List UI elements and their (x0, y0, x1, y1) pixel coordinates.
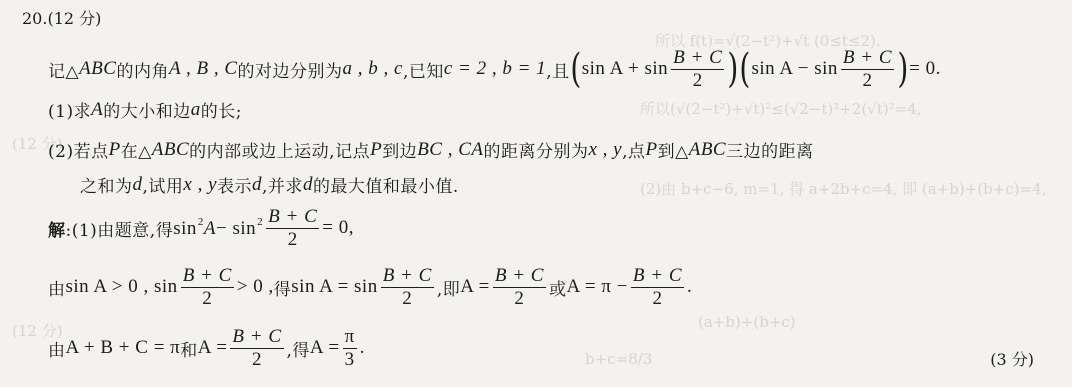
question-text: ,并求 (262, 172, 303, 197)
question-text: 的内部或边上运动,记点 (189, 137, 370, 162)
math-expression: − sin2 (216, 216, 263, 240)
question-text: (2)若点 (48, 137, 109, 162)
bleed-through-text: b+c=8/3 (585, 350, 652, 368)
problem-number: 20.(12 分) (22, 6, 101, 29)
math-expression: − sin (216, 218, 256, 239)
question-text: 到△ (658, 137, 689, 162)
question-1: (1)求 A 的大小和边 a 的长; (48, 97, 242, 122)
bleed-through-text: 所以(√(2−t²)+√t)²≤(√2−t)²+2(√t)²=4, (640, 98, 922, 119)
variable: ABC (152, 139, 189, 161)
bleed-through-text: (a+b)+(b+c) (698, 313, 796, 331)
solution-line-3: 由 A + B + C = π 和 A = B + C 2 ,得 A = π 3… (48, 327, 365, 370)
statement-text: 的对边分别为 (238, 57, 343, 82)
fraction: B + C 2 (493, 266, 546, 309)
solution-label: 解 (48, 216, 66, 241)
document-page: 所以 f(t)=√(2−t²)+√t (0≤t≤2). 所以(√(2−t²)+√… (0, 0, 1072, 387)
question-2: (2)若点 P 在△ ABC 的内部或边上运动,记点 P 到边 BC , CA … (48, 137, 814, 162)
math-expression: A + B + C = π (66, 337, 181, 359)
math-expression: > 0 , (237, 276, 274, 298)
solution-text: ,即 (437, 275, 460, 300)
math-expression: sin A + sin (582, 58, 668, 80)
solution-line-2: 由 sin A > 0 , sin B + C 2 > 0 , 得 sin A … (48, 266, 692, 309)
math-expression: . (687, 276, 692, 298)
question-text: 在△ (121, 137, 152, 162)
variable: d (303, 174, 313, 196)
fraction: B + C 2 (671, 48, 724, 91)
score-annotation: (3 分) (990, 347, 1034, 370)
problem-statement: 记△ ABC 的内角 A , B , C 的对边分别为 a , b , c ,已… (48, 48, 941, 91)
fraction: B + C 2 (631, 266, 684, 309)
math-expression: A = (198, 337, 228, 359)
statement-text: ,已知 (403, 57, 444, 82)
triangle-name: ABC (79, 58, 116, 80)
variable: a (191, 99, 201, 121)
fraction: B + C 2 (841, 48, 894, 91)
angles: A , B , C (169, 58, 238, 80)
variable: BC , CA (417, 139, 483, 161)
math-expression: sin (173, 218, 197, 239)
solution-text: 和 (180, 336, 198, 361)
fraction: B + C 2 (381, 266, 434, 309)
question-text: ,点 (622, 137, 645, 162)
variable: P (109, 139, 121, 161)
right-paren: ) (897, 49, 908, 89)
left-paren: ( (570, 49, 581, 89)
math-expression: sin A − sin (751, 58, 837, 80)
fraction: B + C 2 (266, 207, 319, 250)
variable: x , y (589, 139, 623, 161)
fraction: B + C 2 (181, 266, 234, 309)
question-2-continued: 之和为 d ,试用 x , y 表示 d ,并求 d 的最大值和最小值. (80, 172, 459, 197)
question-text: 三边的距离 (726, 137, 814, 162)
math-expression: sin A = sin (291, 276, 377, 298)
math-expression: = 0. (909, 58, 941, 80)
math-expression: A = (460, 276, 490, 298)
variable: A (204, 218, 216, 239)
question-text: 的长; (201, 97, 242, 122)
math-expression: A = π − (566, 276, 627, 298)
statement-text: 记△ (48, 57, 79, 82)
variable: d (133, 174, 143, 196)
question-text: 的最大值和最小值. (313, 172, 459, 197)
solution-text: 由 (48, 275, 66, 300)
question-text: ,试用 (143, 172, 184, 197)
right-paren: ) (728, 49, 739, 89)
statement-text: ,且 (546, 57, 569, 82)
variable: P (370, 139, 382, 161)
question-text: 之和为 (80, 172, 133, 197)
question-text: 表示 (217, 172, 252, 197)
left-paren: ( (740, 49, 751, 89)
solution-text: 由 (48, 336, 66, 361)
fraction: π 3 (343, 327, 357, 370)
variable: A (91, 99, 103, 121)
math-expression: sin2A (173, 216, 216, 240)
math-expression: sin A > 0 , sin (66, 276, 178, 298)
variable: P (646, 139, 658, 161)
sides: a , b , c (343, 58, 403, 80)
solution-text: ,得 (287, 336, 310, 361)
solution-text: 或 (549, 275, 567, 300)
bleed-through-text: (2)由 b+c−6, m=1, 得 a+2b+c=4, 即 (a+b)+(b+… (640, 178, 1046, 199)
solution-text: :(1)由题意,得 (66, 216, 174, 241)
statement-text: 的内角 (116, 57, 169, 82)
solution-line-1: 解 :(1)由题意,得 sin2A − sin2 B + C 2 = 0, (48, 207, 354, 250)
given-values: c = 2 , b = 1 (444, 58, 546, 80)
question-text: 到边 (382, 137, 417, 162)
variable: ABC (689, 139, 726, 161)
math-expression: A = (310, 337, 340, 359)
math-expression: = 0, (322, 217, 354, 239)
fraction: B + C 2 (230, 327, 283, 370)
variable: d (252, 174, 262, 196)
question-text: (1)求 (48, 97, 91, 122)
solution-text: 得 (274, 275, 292, 300)
variable: x , y (183, 174, 217, 196)
question-text: 的距离分别为 (484, 137, 589, 162)
question-text: 的大小和边 (103, 97, 191, 122)
math-expression: . (360, 337, 365, 359)
